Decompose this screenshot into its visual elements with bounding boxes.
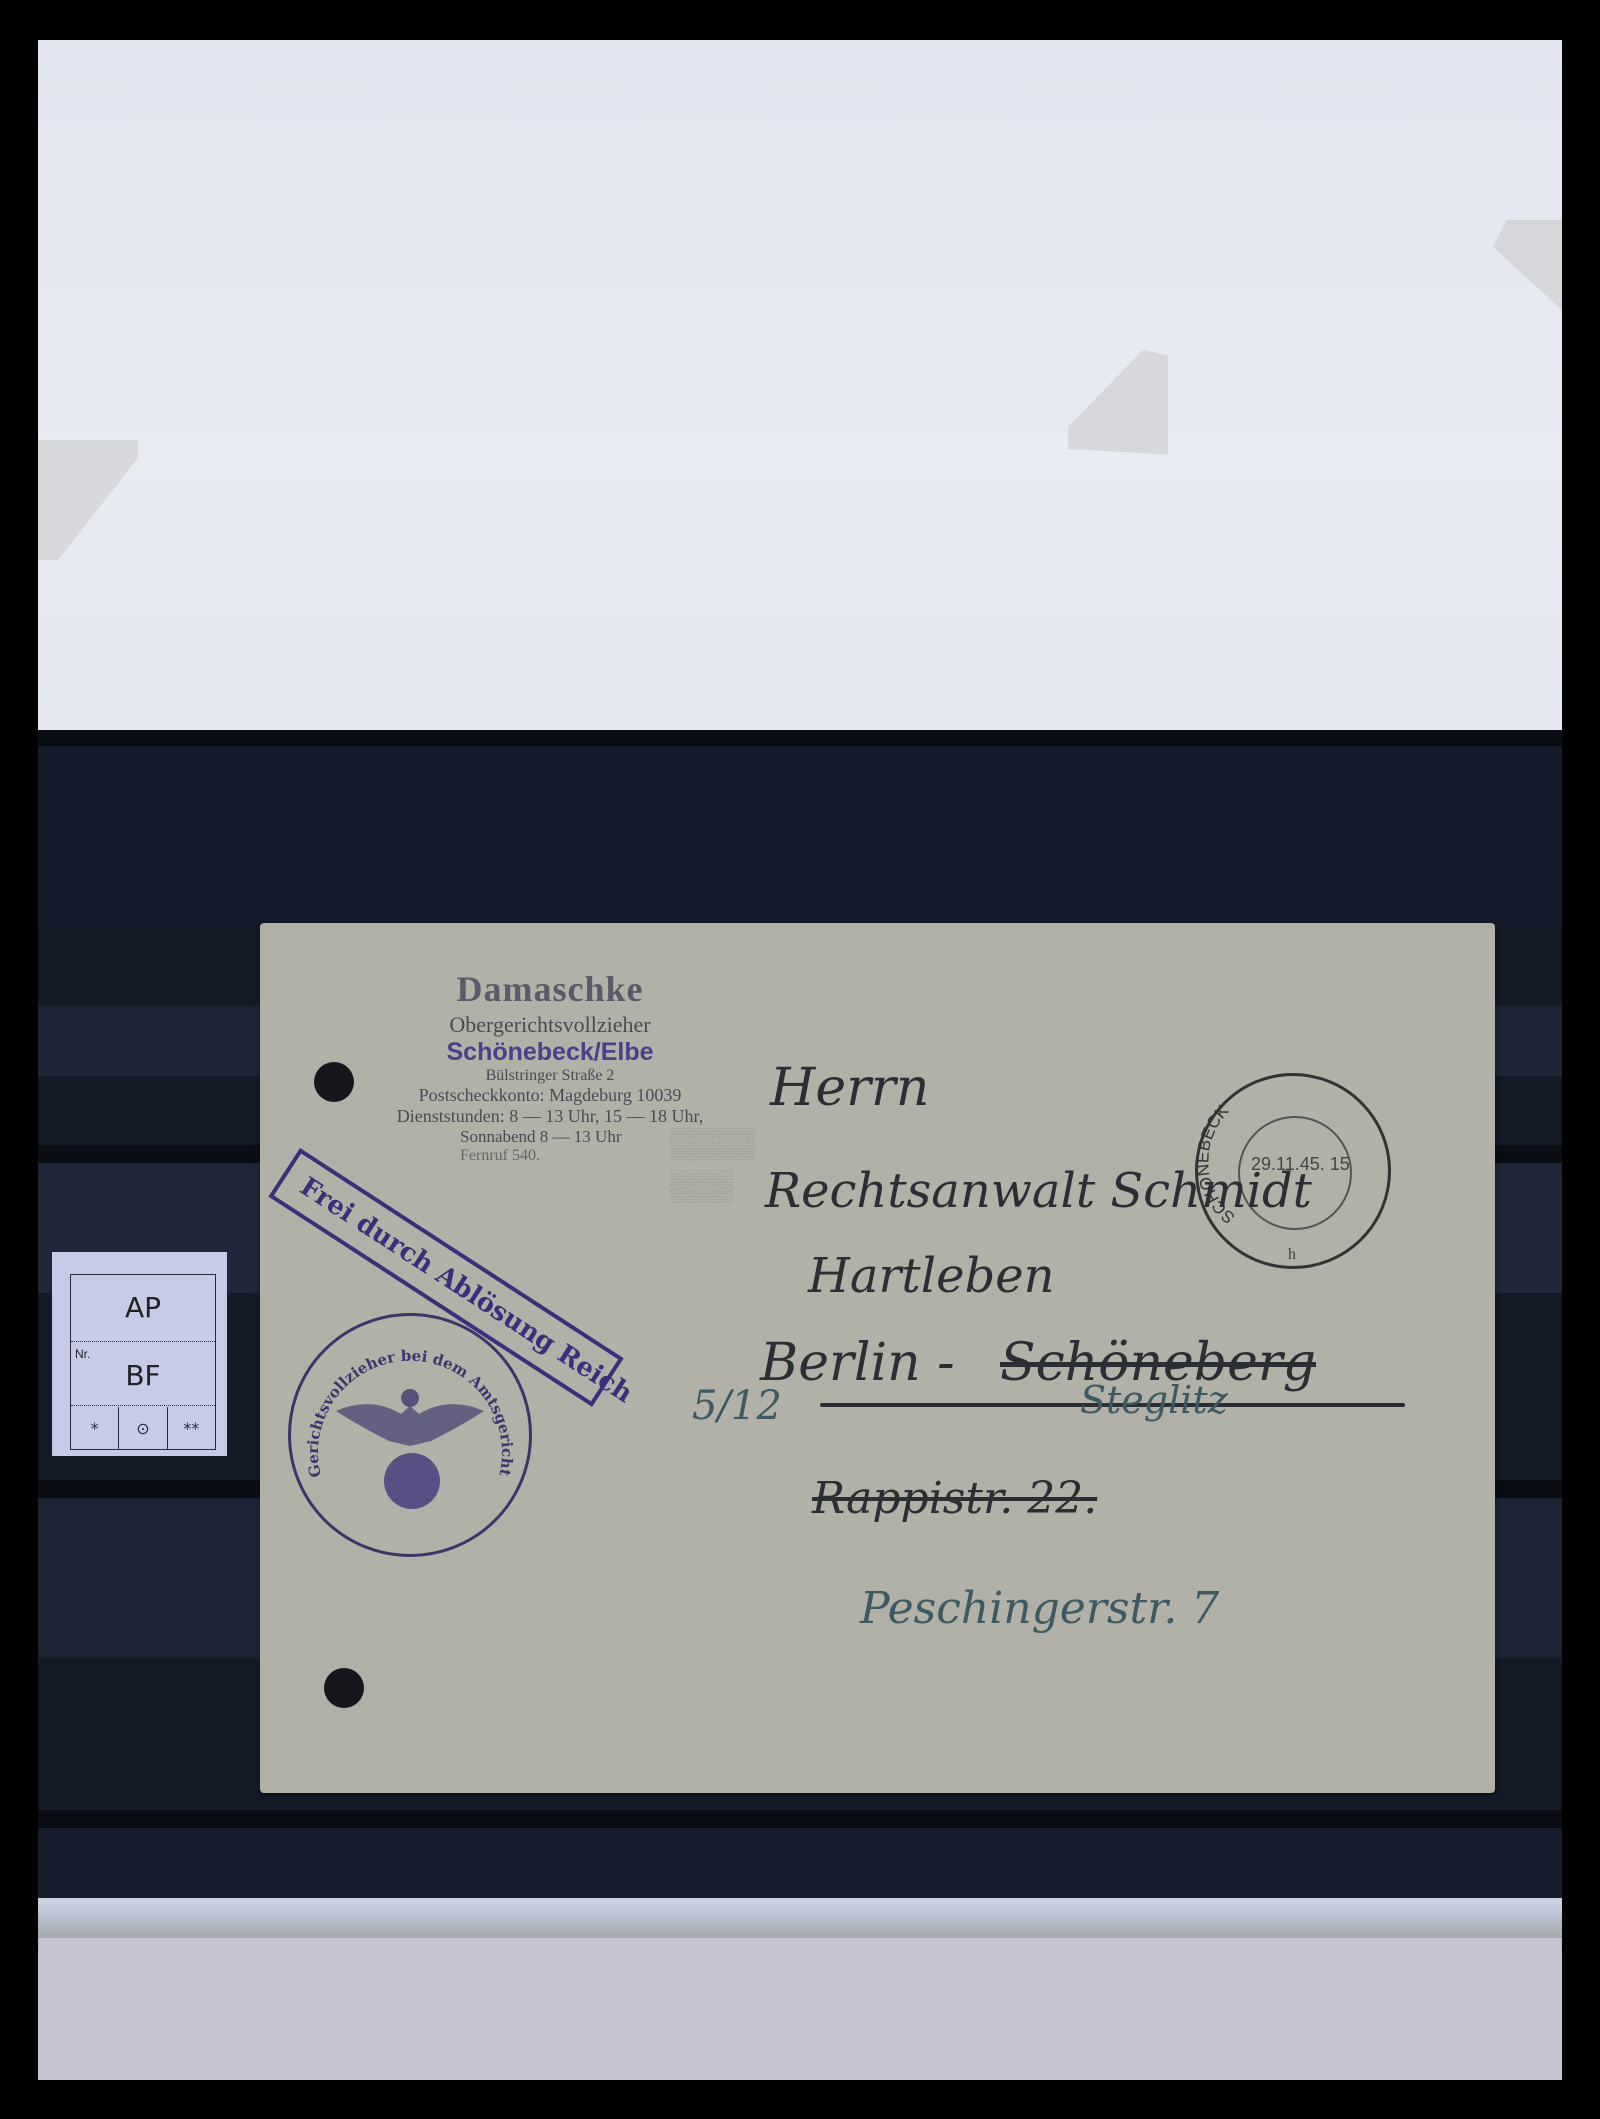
condition-mint-hinged: * <box>71 1407 119 1449</box>
condition-used: ⊙ <box>119 1407 167 1449</box>
address-note: 5/12 <box>692 1383 782 1429</box>
address-recipient: Rechtsanwalt Schmidt <box>765 1163 1312 1219</box>
strip-edge <box>38 1810 1562 1828</box>
photo-corner-mount <box>1068 350 1168 460</box>
address-salutation: Herrn <box>770 1058 929 1118</box>
label-country-row: AP <box>71 1275 215 1342</box>
strip <box>38 746 1562 926</box>
sender-street: Bülstringer Straße 2 <box>340 1067 760 1085</box>
address-street-new: Peschingerstr. 7 <box>860 1583 1219 1634</box>
sender-title: Obergerichtsvollzieher <box>340 1012 760 1038</box>
address-city: Berlin - <box>760 1333 955 1393</box>
postmark-letter: h <box>1288 1246 1296 1264</box>
strip <box>38 1828 1562 1900</box>
condition-mint-never-hinged: ** <box>168 1407 215 1449</box>
punch-hole <box>324 1668 364 1708</box>
label-number-row: Nr. BF <box>71 1343 215 1406</box>
sender-city: Schönebeck/Elbe <box>340 1038 760 1067</box>
label-country-code: AP <box>71 1291 215 1324</box>
photo-corner-mount <box>38 440 138 560</box>
photo-corner-mount <box>1493 220 1562 310</box>
address-street-struck: Rappistr. 22. <box>812 1473 1097 1524</box>
postal-cover[interactable]: Damaschke Obergerichtsvollzieher Schöneb… <box>260 923 1495 1793</box>
sender-account: Postscheckkonto: Magdeburg 10039 <box>340 1085 760 1106</box>
faint-offset-print: ▒▒▒▒▒▒▒ <box>670 1123 755 1207</box>
label-condition-row: * ⊙ ** <box>71 1407 215 1449</box>
album-page-upper-area <box>38 40 1562 730</box>
official-seal: Gerichtsvollzieher bei dem Amtsgericht S… <box>288 1313 532 1557</box>
address-line3: Hartleben <box>808 1248 1055 1304</box>
label-grid: AP Nr. BF * ⊙ ** <box>70 1274 216 1450</box>
eagle-emblem-icon: Gerichtsvollzieher bei dem Amtsgericht S… <box>291 1316 529 1554</box>
strip-edge <box>38 730 1562 746</box>
label-number-value: BF <box>71 1359 215 1392</box>
stockcard-bottom-edge <box>38 1898 1562 1938</box>
catalog-label: AP Nr. BF * ⊙ ** <box>52 1252 227 1456</box>
album-page-lower-area <box>38 1938 1562 2080</box>
sender-name: Damaschke <box>340 968 760 1010</box>
address-district-new: Steglitz <box>1080 1378 1228 1422</box>
